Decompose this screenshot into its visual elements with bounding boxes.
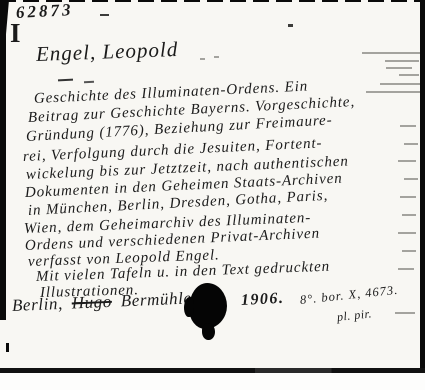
scanned-catalog-card: 62873 I Engel, Leopold Geschichte des Il… <box>0 0 425 390</box>
scan-margin <box>0 373 425 390</box>
speck-mark <box>200 58 205 60</box>
shelfmark: 8°. bor. X, 4673. <box>299 283 399 308</box>
speck-mark <box>288 24 293 27</box>
publication-year: 1906. <box>241 290 285 310</box>
bleedthrough-mark <box>386 67 412 69</box>
bleedthrough-mark <box>398 160 416 162</box>
bleedthrough-mark <box>395 312 415 314</box>
accession-number: 62873 <box>15 0 73 23</box>
scan-edge-left <box>0 0 6 320</box>
bleedthrough-mark <box>404 178 418 180</box>
bleedthrough-mark <box>402 214 416 216</box>
bleedthrough-mark <box>366 91 420 93</box>
bleedthrough-mark <box>398 232 416 234</box>
bleedthrough-mark <box>385 60 419 62</box>
bleedthrough-mark <box>362 52 420 54</box>
ink-blot <box>202 323 215 340</box>
card-heading: Engel, Leopold <box>36 37 179 67</box>
shelfmark-format-note: pl. pir. <box>336 306 372 325</box>
bleedthrough-mark <box>400 125 416 127</box>
bleedthrough-mark <box>399 74 419 76</box>
imprint-struck-word: Hugo <box>71 292 112 313</box>
heading-underline-mark <box>84 81 94 84</box>
scan-edge-left-corner <box>0 0 9 46</box>
ink-blot <box>184 297 194 317</box>
speck-mark <box>100 14 109 16</box>
series-stamp: I <box>10 18 21 49</box>
bleedthrough-mark <box>402 250 416 252</box>
bleedthrough-mark <box>398 268 414 270</box>
bleedthrough-mark <box>380 83 420 85</box>
heading-underline-mark <box>58 79 73 82</box>
bleedthrough-mark <box>404 143 418 145</box>
scan-edge-mark <box>6 343 9 352</box>
speck-mark <box>214 56 219 58</box>
scan-edge-right <box>420 0 425 373</box>
bleedthrough-mark <box>400 196 416 198</box>
imprint-place: Berlin, <box>12 294 64 315</box>
